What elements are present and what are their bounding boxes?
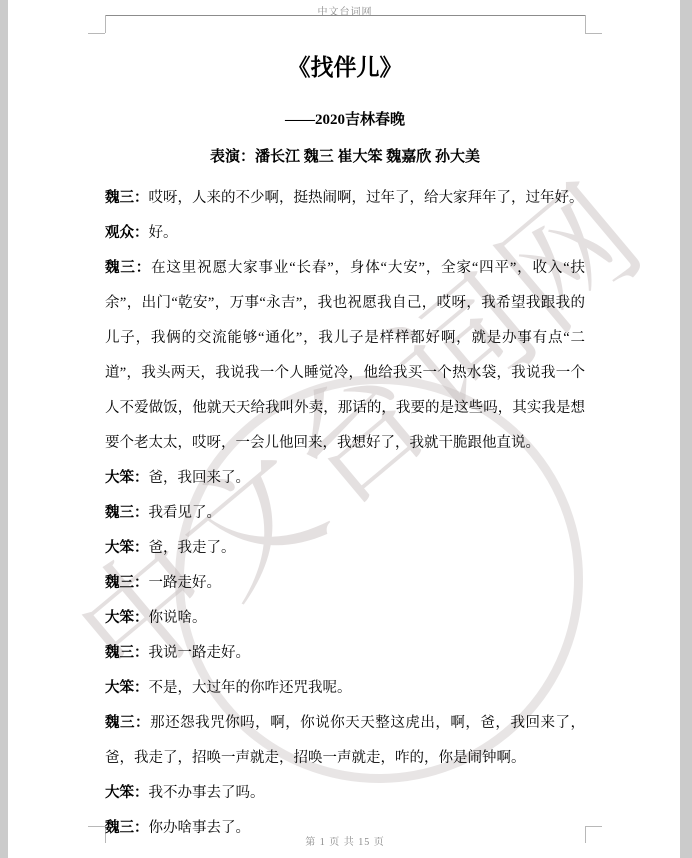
dialogue-list: 魏三：哎呀，人来的不少啊，挺热闹啊，过年了，给大家拜年了，过年好。观众：好。魏三… — [105, 181, 585, 846]
dialogue-line: 大笨：爸，我走了。 — [105, 531, 585, 566]
dialogue-line: 魏三：那还怨我咒你吗，啊，你说你天天整这虎出，啊，爸，我回来了，爸，我走了，招唤… — [105, 706, 585, 776]
dialogue-text: 我看见了。 — [149, 505, 222, 521]
speaker-name: 魏三： — [105, 645, 149, 661]
header-rule — [105, 15, 585, 16]
speaker-name: 观众： — [105, 225, 149, 241]
dialogue-text: 你办啥事去了。 — [149, 820, 251, 836]
margin-mark-top-right — [585, 33, 602, 34]
dialogue-line: 魏三：一路走好。 — [105, 566, 585, 601]
margin-mark-bottom-right — [585, 826, 602, 827]
dialogue-line: 魏三：你办啥事去了。 — [105, 811, 585, 846]
dialogue-text: 在这里祝愿大家事业“长春”，身体“大安”，全家“四平”，收入“扶余”，出门“乾安… — [105, 260, 585, 451]
speaker-name: 魏三： — [105, 820, 149, 836]
dialogue-line: 魏三：我说一路走好。 — [105, 636, 585, 671]
margin-mark-top-left — [88, 33, 105, 34]
margin-mark-top-right — [585, 15, 586, 33]
script-cast-list: 表演：潘长江 魏三 崔大笨 魏嘉欣 孙大美 — [105, 149, 585, 165]
margin-mark-bottom-right — [585, 826, 586, 843]
dialogue-line: 观众：好。 — [105, 216, 585, 251]
page-left-edge — [0, 0, 8, 858]
speaker-name: 魏三： — [105, 190, 149, 206]
document-head: 《找伴儿》 ——2020吉林春晚 表演：潘长江 魏三 崔大笨 魏嘉欣 孙大美 — [105, 52, 585, 165]
dialogue-line: 大笨：你说啥。 — [105, 601, 585, 636]
script-subtitle: ——2020吉林春晚 — [105, 112, 585, 128]
speaker-name: 大笨： — [105, 680, 149, 696]
script-title: 《找伴儿》 — [105, 52, 585, 84]
margin-mark-bottom-left — [88, 826, 105, 827]
dialogue-text: 哎呀，人来的不少啊，挺热闹啊，过年了，给大家拜年了，过年好。 — [149, 190, 584, 206]
margin-mark-top-left — [105, 15, 106, 33]
speaker-name: 魏三： — [105, 260, 151, 276]
speaker-name: 大笨： — [105, 470, 149, 486]
dialogue-line: 魏三：在这里祝愿大家事业“长春”，身体“大安”，全家“四平”，收入“扶余”，出门… — [105, 251, 585, 461]
dialogue-text: 你说啥。 — [149, 610, 207, 626]
dialogue-line: 魏三：我看见了。 — [105, 496, 585, 531]
speaker-name: 魏三： — [105, 575, 149, 591]
dialogue-text: 那还怨我咒你吗，啊，你说你天天整这虎出，啊，爸，我回来了，爸，我走了，招唤一声就… — [105, 715, 585, 766]
dialogue-text: 我说一路走好。 — [149, 645, 251, 661]
speaker-name: 魏三： — [105, 715, 150, 731]
dialogue-line: 大笨：不是，大过年的你咋还咒我呢。 — [105, 671, 585, 706]
dialogue-text: 爸，我走了。 — [149, 540, 236, 556]
dialogue-text: 好。 — [149, 225, 178, 241]
dialogue-text: 不是，大过年的你咋还咒我呢。 — [149, 680, 352, 696]
dialogue-text: 爸，我回来了。 — [149, 470, 251, 486]
speaker-name: 大笨： — [105, 785, 149, 801]
dialogue-line: 大笨：爸，我回来了。 — [105, 461, 585, 496]
speaker-name: 大笨： — [105, 540, 149, 556]
dialogue-text: 我不办事去了吗。 — [149, 785, 265, 801]
dialogue-line: 大笨：我不办事去了吗。 — [105, 776, 585, 811]
dialogue-line: 魏三：哎呀，人来的不少啊，挺热闹啊，过年了，给大家拜年了，过年好。 — [105, 181, 585, 216]
speaker-name: 魏三： — [105, 505, 149, 521]
dialogue-text: 一路走好。 — [149, 575, 222, 591]
page-right-edge — [680, 0, 692, 858]
speaker-name: 大笨： — [105, 610, 149, 626]
